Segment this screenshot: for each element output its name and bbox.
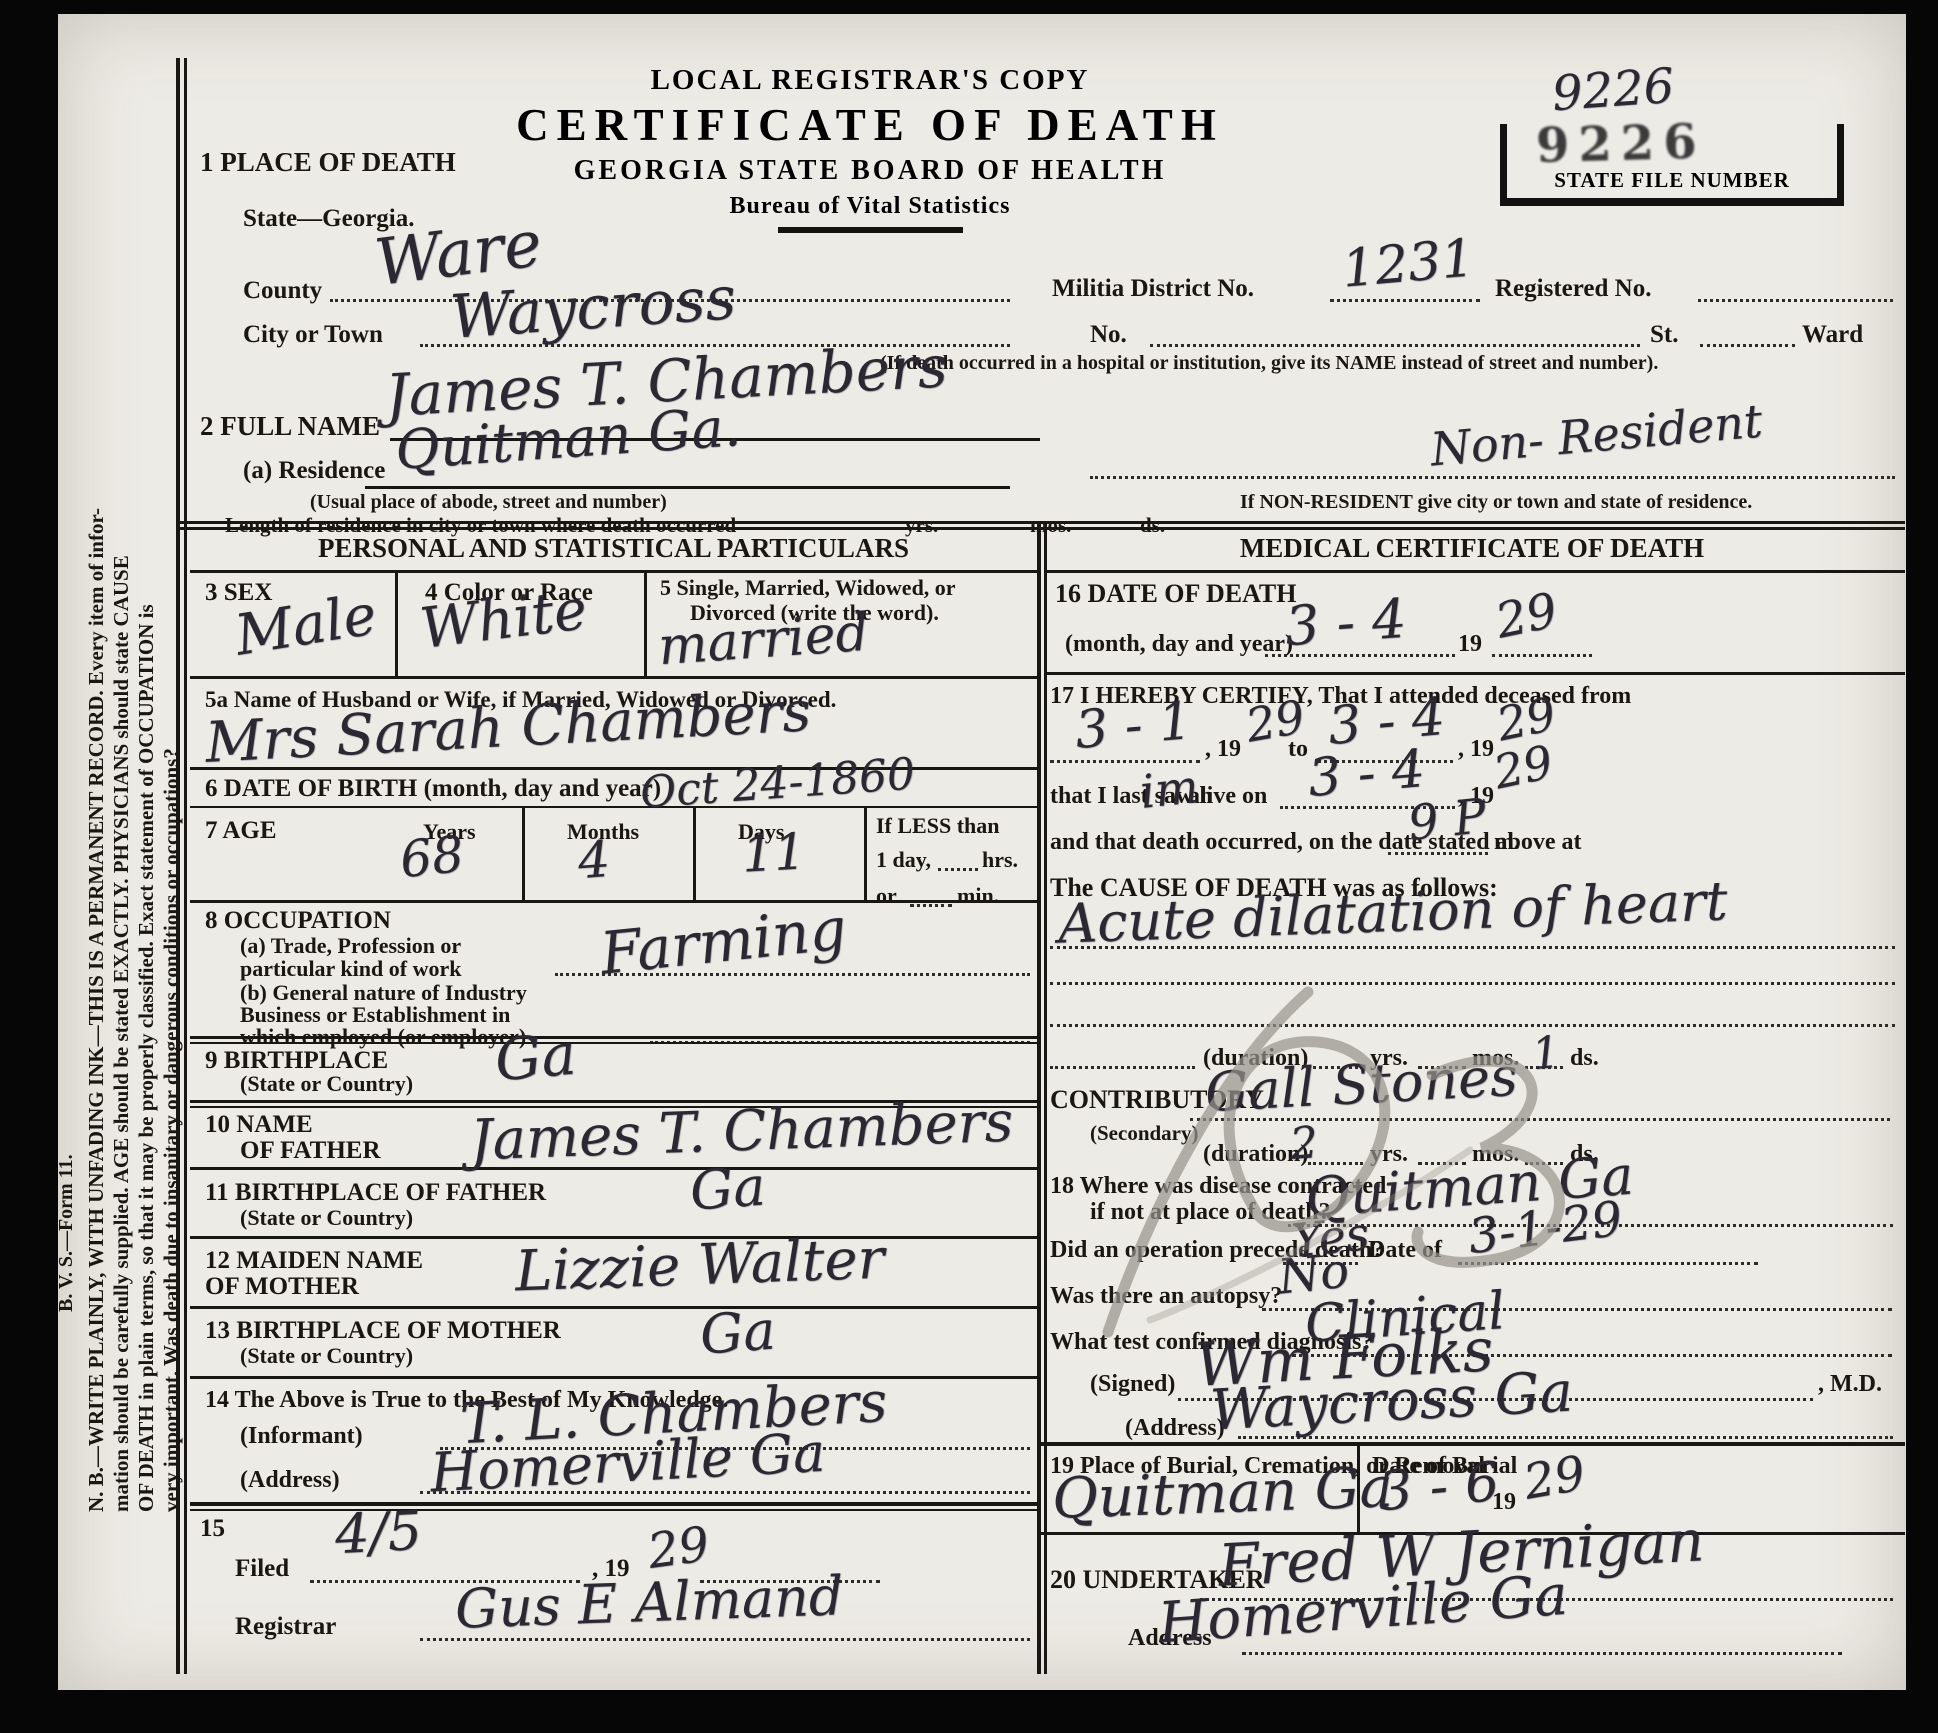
duration1-ds-value: 1 (1530, 1031, 1562, 1077)
dob-label: 6 DATE OF BIRTH (month, day and year) (205, 776, 661, 802)
registered-no-label: Registered No. (1495, 276, 1651, 302)
personal-particulars-heading: PERSONAL AND STATISTICAL PARTICULARS (190, 534, 1037, 562)
death-occurred-m-label: m. (1494, 830, 1520, 855)
sex-race-divider (395, 570, 398, 676)
abode-note: (Usual place of abode, street and number… (310, 492, 667, 513)
if-less-min-line (910, 904, 952, 907)
informant-address-label: (Address) (240, 1468, 340, 1493)
burial-date-value: 3 - 6 (1376, 1455, 1502, 1519)
occupation-b-line1: (b) General nature of Industry (240, 981, 527, 1004)
date-of-death-year-line (1492, 654, 1592, 657)
filed-value: 4/5 (334, 1504, 424, 1562)
undertaker-address-line (1242, 1652, 1842, 1655)
signed-label: (Signed) (1090, 1372, 1175, 1397)
form-left-rule-inner (184, 58, 187, 1674)
father-name-label-2: OF FATHER (240, 1138, 381, 1164)
form-number-label: B. V. S.—Form 11. (56, 1154, 77, 1312)
informant-bottom-rule-2 (190, 1509, 1037, 1511)
street-no-line (1150, 344, 1640, 347)
nonresident-note: If NON-RESIDENT give city or town and st… (1240, 492, 1752, 513)
age-divider-3 (864, 806, 867, 900)
death-occurred-time-value: 9 P (1406, 792, 1489, 848)
margin-instructions: N. B.—WRITE PLAINLY, WITH UNFADING INK—T… (84, 54, 184, 1512)
attended-to-19: , 19 (1458, 737, 1494, 762)
filed-label: Filed (235, 1556, 289, 1582)
birthplace-value: Ga (493, 1025, 579, 1090)
age-divider-2 (693, 806, 696, 900)
autopsy-label: Was there an autopsy? (1050, 1284, 1282, 1309)
secondary-label: (Secondary) (1090, 1122, 1199, 1144)
date-of-death-value: 3 - 4 (1283, 592, 1408, 654)
mother-birthplace-value: Ga (698, 1303, 777, 1362)
informant-bottom-rule-1 (190, 1502, 1037, 1506)
age-months-value: 4 (576, 834, 611, 886)
age-years-value: 68 (398, 829, 467, 885)
medical-heavy-rule-1 (1037, 1442, 1905, 1446)
militia-district-label: Militia District No. (1052, 276, 1254, 302)
city-or-town-label: City or Town (243, 322, 383, 348)
signed-md-label: , M.D. (1818, 1372, 1882, 1397)
militia-district-line (1330, 299, 1480, 302)
age-bottom-rule (190, 900, 1037, 903)
militia-district-value: 1231 (1340, 232, 1476, 295)
margin-note-line4: very important. Was death due to insanit… (159, 54, 184, 1512)
file-number-stamp: 9226 (1535, 114, 1706, 174)
burial-date-year: 29 (1520, 1449, 1588, 1507)
registrar-label: Registrar (235, 1614, 336, 1640)
occupation-label: 8 OCCUPATION (205, 908, 391, 934)
occupation-b-line2: Business or Establishment in (240, 1003, 510, 1026)
length-ds-label: ds. (1140, 514, 1165, 536)
filed-year-value: 29 (645, 1520, 712, 1576)
file-number-handwritten: 9226 (1550, 62, 1675, 118)
mother-bottom-rule (190, 1306, 1037, 1309)
st-line (1700, 344, 1795, 347)
if-less-label-3a: or (876, 884, 897, 907)
date-of-death-mdy-label: (month, day and year) (1065, 632, 1293, 657)
father-name-label-1: 10 NAME (205, 1112, 313, 1138)
if-less-label-2a: 1 day, (876, 848, 931, 871)
section15-number: 15 (200, 1516, 225, 1542)
birthplace-state-country-label: (State or Country) (240, 1072, 413, 1095)
mother-birthplace-state-label: (State or Country) (240, 1344, 413, 1367)
operation-dateof-label: Date of (1368, 1238, 1442, 1263)
bureau-line: Bureau of Vital Statistics (400, 193, 1340, 220)
board-of-health-line: GEORGIA STATE BOARD OF HEALTH (400, 155, 1340, 187)
mother-bp-bottom-rule (190, 1376, 1037, 1379)
medical-certificate-heading: MEDICAL CERTIFICATE OF DEATH (1047, 534, 1897, 562)
column-divider-inner (1044, 521, 1047, 1674)
right-heading-rule (1047, 570, 1905, 573)
father-birthplace-value: Ga (688, 1159, 767, 1218)
race-marital-divider (644, 570, 647, 676)
length-yrs-label: yrs. (905, 514, 938, 536)
mother-name-value: Lizzie Walter (514, 1232, 885, 1301)
margin-note-line1: N. B.—WRITE PLAINLY, WITH UNFADING INK—T… (84, 54, 109, 1512)
cause-line-3 (1050, 1024, 1895, 1027)
duration2-yrs-value: 2 (1288, 1121, 1319, 1167)
nonresident-line (1090, 476, 1895, 479)
age-label: 7 AGE (205, 818, 277, 844)
if-less-label-1: If LESS than (876, 814, 1000, 837)
cause-line-2 (1050, 982, 1895, 985)
mother-name-label-2: OF MOTHER (205, 1274, 359, 1300)
mother-name-label-1: 12 MAIDEN NAME (205, 1248, 423, 1274)
attended-from-year: 29 (1242, 693, 1308, 748)
residence-label: (a) Residence (243, 458, 385, 484)
date-of-death-19: 19 (1458, 632, 1482, 657)
place-of-death-heading: 1 PLACE OF DEATH (200, 148, 456, 176)
registered-no-line (1698, 299, 1893, 302)
county-label: County (243, 278, 322, 304)
physician-address-label: (Address) (1125, 1416, 1225, 1441)
age-divider-1 (522, 806, 525, 900)
column-divider-outer (1037, 521, 1041, 1674)
last-saw-him-value: im (1138, 763, 1201, 815)
duration1-leader (1050, 1066, 1195, 1069)
attended-from-19: , 19 (1205, 737, 1241, 762)
certificate-header: LOCAL REGISTRAR'S COPY CERTIFICATE OF DE… (400, 64, 1340, 233)
bureau-underline-bar (778, 227, 963, 233)
residence-line (365, 486, 1010, 489)
father-birthplace-label: 11 BIRTHPLACE OF FATHER (205, 1180, 546, 1206)
last-saw-year: 29 (1490, 738, 1557, 795)
if-less-label-2b: hrs. (982, 848, 1018, 871)
occupation-a-line2: particular kind of work (240, 957, 461, 980)
age-days-value: 11 (741, 826, 807, 879)
duration1-ds-label: ds. (1570, 1046, 1599, 1071)
occupation-a-line1: (a) Trade, Profession or (240, 934, 461, 957)
st-label: St. (1650, 322, 1678, 348)
burial-place-value: Quitman Ga (1051, 1460, 1394, 1528)
contributory-value: Gall Stones (1204, 1050, 1519, 1120)
mother-birthplace-label: 13 BIRTHPLACE OF MOTHER (205, 1318, 561, 1344)
occupation-b-line3: which employed (or employer) (240, 1025, 526, 1048)
street-no-label: No. (1090, 322, 1127, 348)
attended-from-value: 3 - 1 (1073, 695, 1194, 757)
date-of-death-label: 16 DATE OF DEATH (1055, 580, 1296, 607)
father-birthplace-state-label: (State or Country) (240, 1206, 413, 1229)
registrars-copy-line: LOCAL REGISTRAR'S COPY (400, 64, 1340, 97)
left-heading-rule (190, 570, 1037, 573)
dob-bottom-rule (190, 806, 1037, 808)
if-less-hrs-line (938, 868, 978, 871)
operation-line-2 (1458, 1262, 1758, 1265)
certificate-title: CERTIFICATE OF DEATH (400, 99, 1340, 151)
dod-bottom-rule (1047, 672, 1905, 675)
if-less-label-3b: min. (957, 884, 999, 907)
date-of-death-year: 29 (1492, 586, 1562, 646)
length-mos-label: mos. (1030, 514, 1071, 536)
ward-label: Ward (1802, 322, 1863, 348)
marital-label-line1: 5 Single, Married, Widowed, or (660, 576, 956, 599)
death-certificate-scan: N. B.—WRITE PLAINLY, WITH UNFADING INK—T… (0, 0, 1938, 1733)
city-value: Waycross (448, 268, 738, 348)
marital-value: married (656, 607, 870, 674)
hospital-note: (If death occurred in a hospital or inst… (880, 353, 1658, 374)
row345-bottom-rule (190, 676, 1037, 679)
informant-label: (Informant) (240, 1424, 363, 1449)
full-name-label: 2 FULL NAME (200, 412, 380, 440)
margin-note-line3: OF DEATH in plain terms, so that it may … (134, 54, 159, 1512)
registrar-value: Gus E Almand (454, 1569, 844, 1637)
margin-note-line2: mation should be carefully supplied. AGE… (109, 54, 134, 1512)
